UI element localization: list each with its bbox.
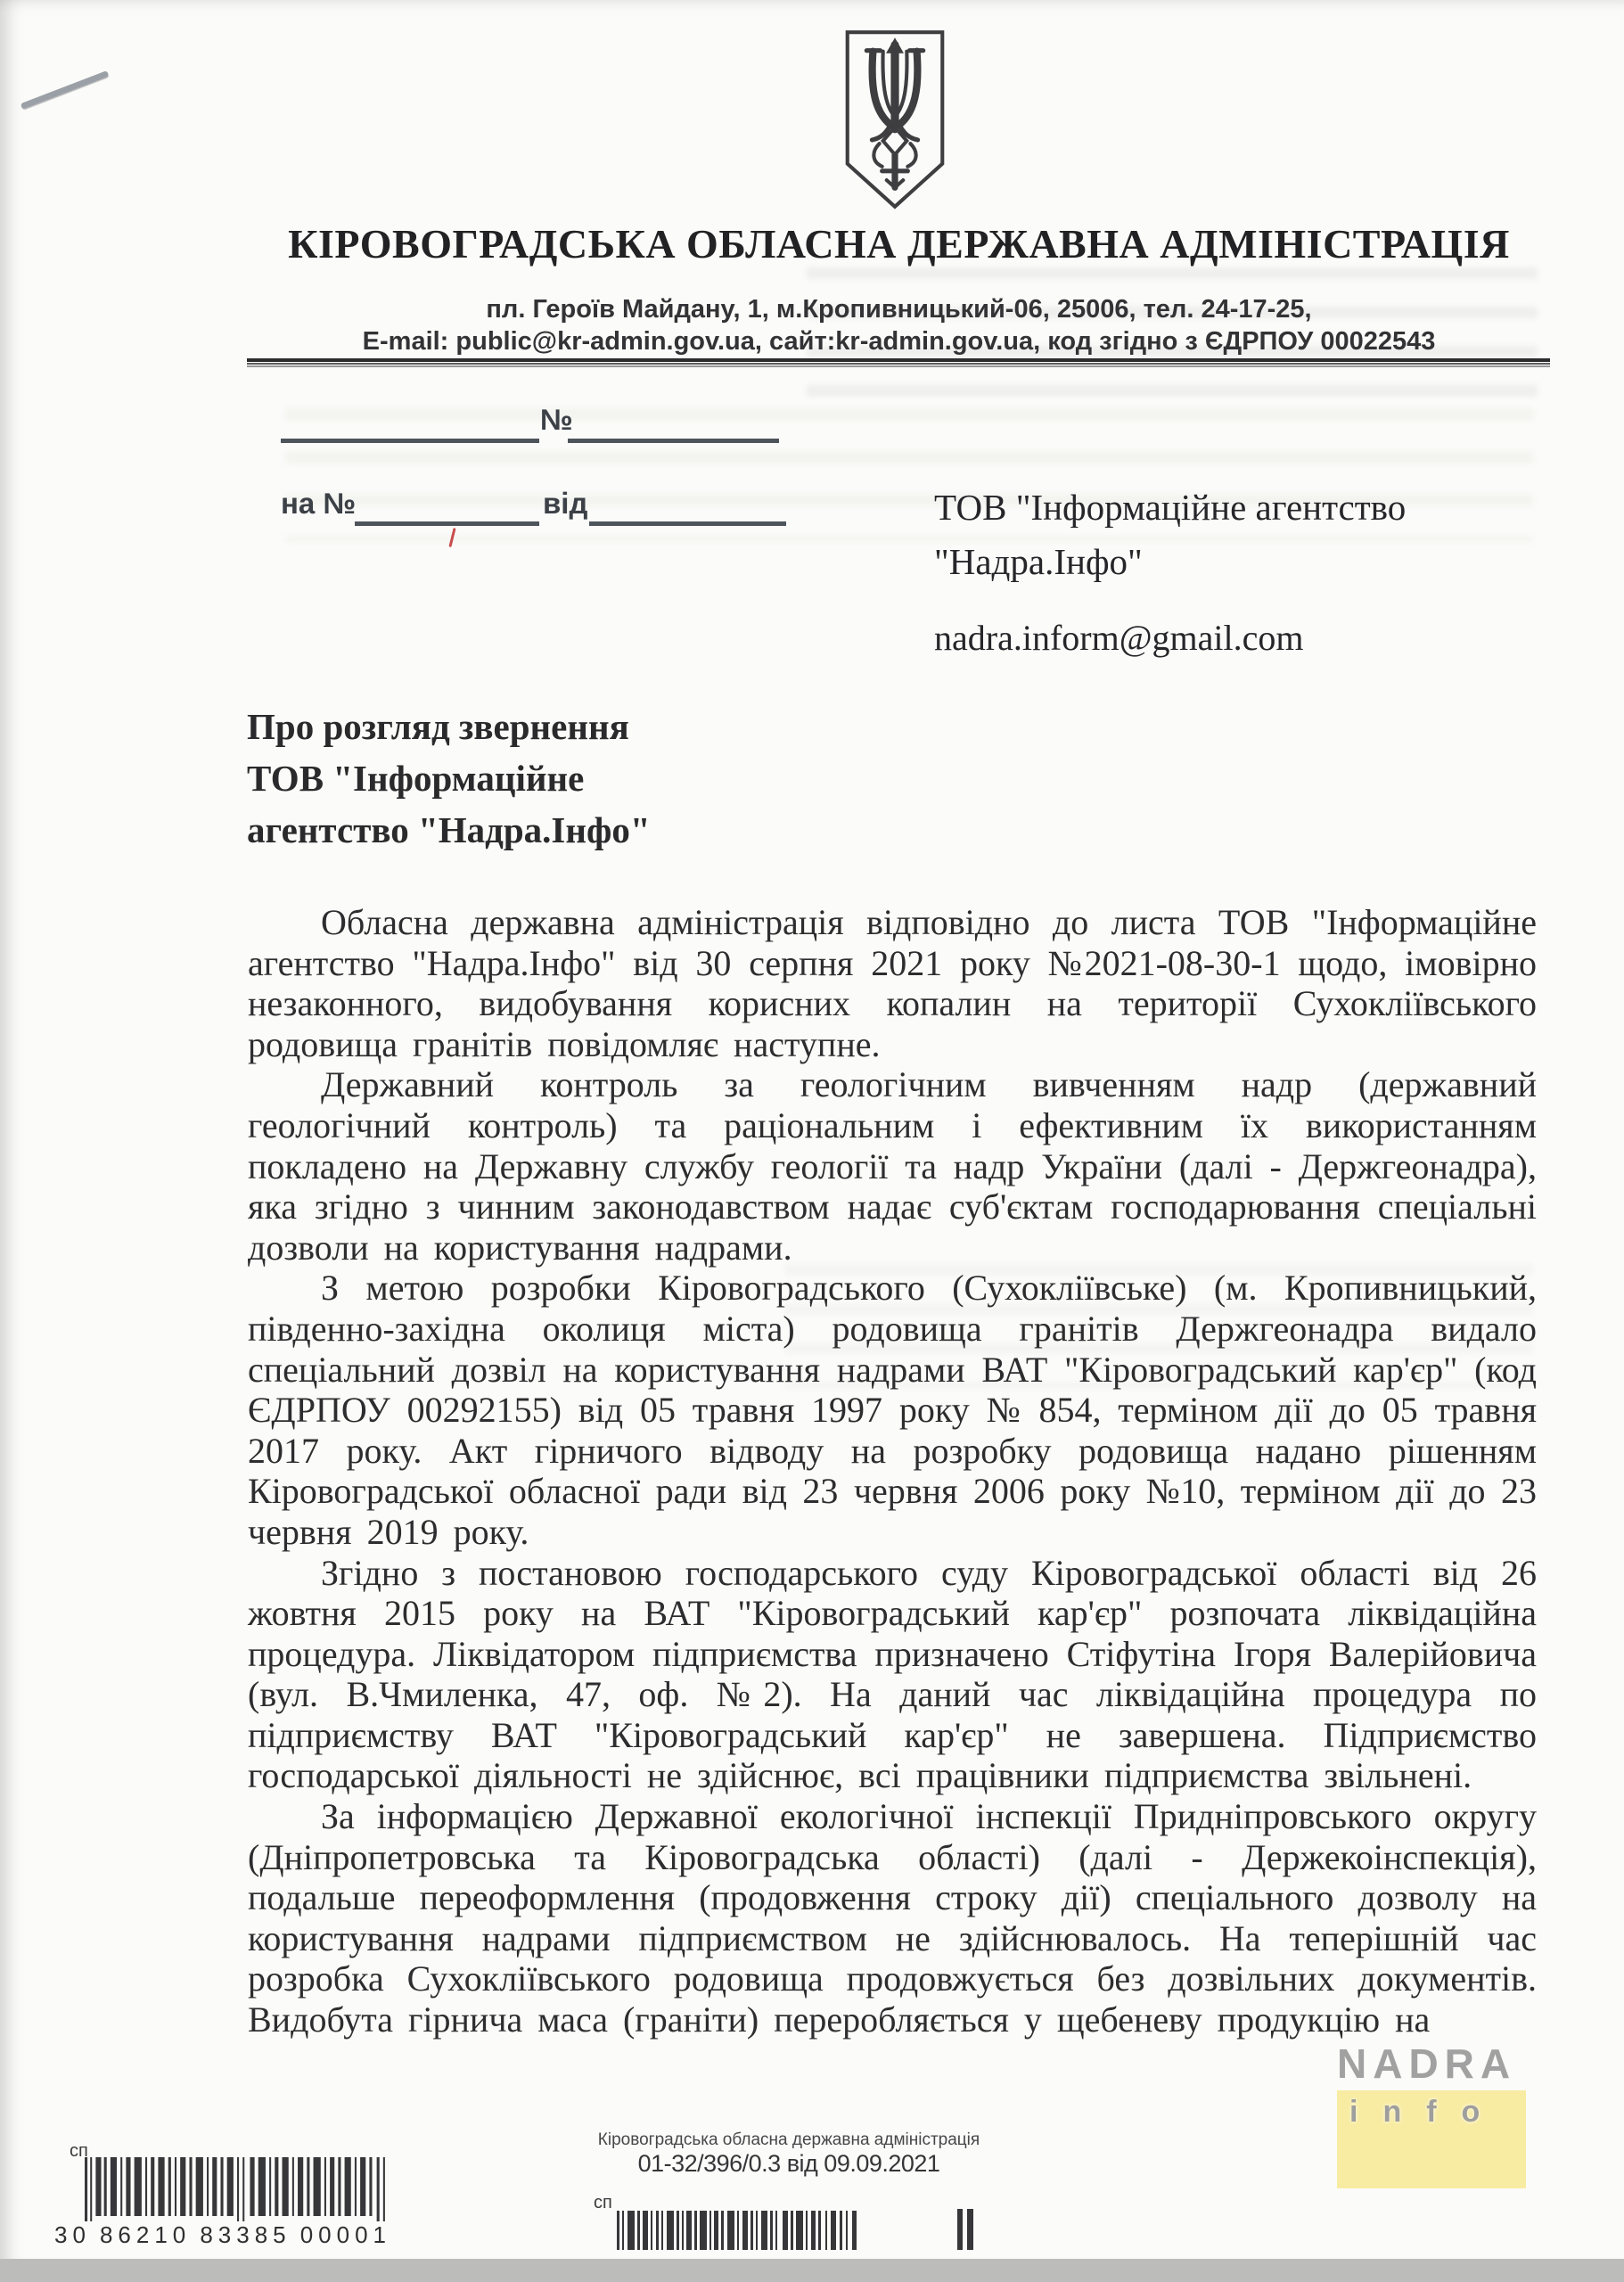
barcode-sp-label: сп xyxy=(70,2141,88,2162)
header-divider xyxy=(247,358,1550,368)
barcode-digit-group: 00001 xyxy=(298,2221,394,2249)
watermark-info-text: info xyxy=(1349,2095,1505,2130)
staple-mark xyxy=(21,70,110,110)
ref-on-number-label: на № xyxy=(281,487,356,521)
stamp-barcode-end-bars xyxy=(957,2209,975,2250)
recipient-name-line1: ТОВ "Інформаційне агентство xyxy=(934,486,1406,529)
org-title: КІРОВОГРАДСЬКА ОБЛАСНА ДЕРЖАВНА АДМІНІСТ… xyxy=(247,220,1551,267)
org-address-line: пл. Героїв Майдану, 1, м.Кропивницький-0… xyxy=(247,295,1551,324)
subject-line: агентство "Надра.Інфо" xyxy=(247,804,746,856)
subject-line: Про розгляд звернення xyxy=(247,701,746,752)
recipient-name-line2: "Надра.Інфо" xyxy=(934,540,1143,583)
body-paragraph: Обласна державна адміністрація відповідн… xyxy=(248,902,1537,1064)
stamp-sp-label: сп xyxy=(594,2193,612,2213)
barcode-digit-group: 30 xyxy=(52,2221,94,2249)
ref-on-number-blank-line xyxy=(355,521,539,526)
stamp-barcode xyxy=(617,2211,880,2250)
barcode-digit-group: 83385 xyxy=(197,2221,293,2249)
ref-from-label: від xyxy=(543,487,587,521)
body-paragraph: З метою розробки Кіровоградського (Сухок… xyxy=(248,1268,1537,1552)
barcode-digits: 30 86210 83385 00001 xyxy=(52,2221,394,2249)
ref-number-blank-line xyxy=(568,439,779,443)
org-contact-line: E-mail: public@kr-admin.gov.ua, сайт:kr-… xyxy=(247,327,1551,357)
watermark-nadra-text: NADRA xyxy=(1337,2040,1516,2088)
ukraine-trident-emblem xyxy=(839,27,951,214)
registration-stamp-number: 01-32/396/0.3 від 09.09.2021 xyxy=(472,2150,1105,2178)
recipient-email: nadra.inform@gmail.com xyxy=(934,617,1304,659)
body-paragraph: За інформацією Державної екологічної інс… xyxy=(248,1796,1537,2040)
body-paragraph: Державний контроль за геологічним вивчен… xyxy=(248,1064,1537,1268)
registration-stamp-org: Кіровоградська обласна державна адмініст… xyxy=(472,2130,1105,2150)
letter-body: Обласна державна адміністрація відповідн… xyxy=(248,902,1537,2040)
subject-line: ТОВ "Інформаційне xyxy=(247,752,746,804)
ref-from-blank-line xyxy=(589,521,786,526)
scanner-edge xyxy=(0,2259,1624,2282)
subject-block: Про розгляд звернення ТОВ "Інформаційне … xyxy=(247,701,746,856)
ref-number-label: № xyxy=(540,403,573,437)
body-paragraph: Згідно з постановою господарського суду … xyxy=(248,1553,1537,1797)
ref-number-blank-line xyxy=(281,439,539,443)
scanned-letter-page: КІРОВОГРАДСЬКА ОБЛАСНА ДЕРЖАВНА АДМІНІСТ… xyxy=(0,0,1624,2282)
barcode-digit-group: 86210 xyxy=(97,2221,193,2249)
